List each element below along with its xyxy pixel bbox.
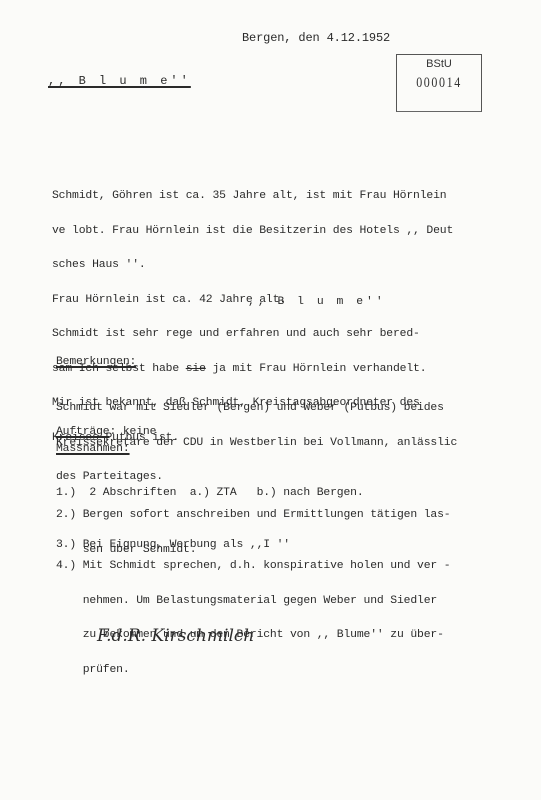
report-line: sches Haus ''. — [52, 260, 453, 272]
codename-signoff: ,, B l u m e'' — [248, 297, 386, 309]
place-date: Bergen, den 4.12.1952 — [242, 33, 390, 45]
measure-line: nehmen. Um Belastungsmaterial gegen Webe… — [56, 596, 450, 608]
archive-stamp: BStU 000014 — [396, 54, 482, 112]
auftraege-row: Aufträge: keine — [56, 427, 156, 439]
report-line: ve lobt. Frau Hörnlein ist die Besitzeri… — [52, 226, 453, 238]
report-line: Schmidt ist sehr rege und erfahren und a… — [52, 329, 453, 341]
codename-heading: ,, B l u m e'' — [48, 76, 191, 88]
measure-line: 4.) Mit Schmidt sprechen, d.h. konspirat… — [56, 561, 450, 573]
remarks-line: Schmidt war mit Siedler (Bergen) und Web… — [56, 403, 457, 415]
struck-word: sie — [186, 363, 206, 375]
signature-text: F.d.R. Kirschmilch — [96, 626, 254, 646]
auftraege-label: Aufträge — [56, 426, 109, 438]
stamp-org-label: BStU — [397, 58, 481, 70]
report-line: Schmidt, Göhren ist ca. 35 Jahre alt, is… — [52, 191, 453, 203]
handwritten-signature: F.d.R. Kirschmilch — [95, 615, 285, 655]
report-text: ja mit Frau Hörnlein verhandelt. — [206, 363, 427, 375]
measures-heading: Massnahmen: — [56, 444, 130, 456]
measure-item-4: 4.) Mit Schmidt sprechen, d.h. konspirat… — [56, 538, 450, 688]
remarks-heading: Bemerkungen: — [56, 357, 136, 369]
measure-line: prüfen. — [56, 665, 450, 677]
stamp-page-number: 000014 — [405, 75, 472, 92]
auftraege-value: : keine — [109, 426, 156, 438]
